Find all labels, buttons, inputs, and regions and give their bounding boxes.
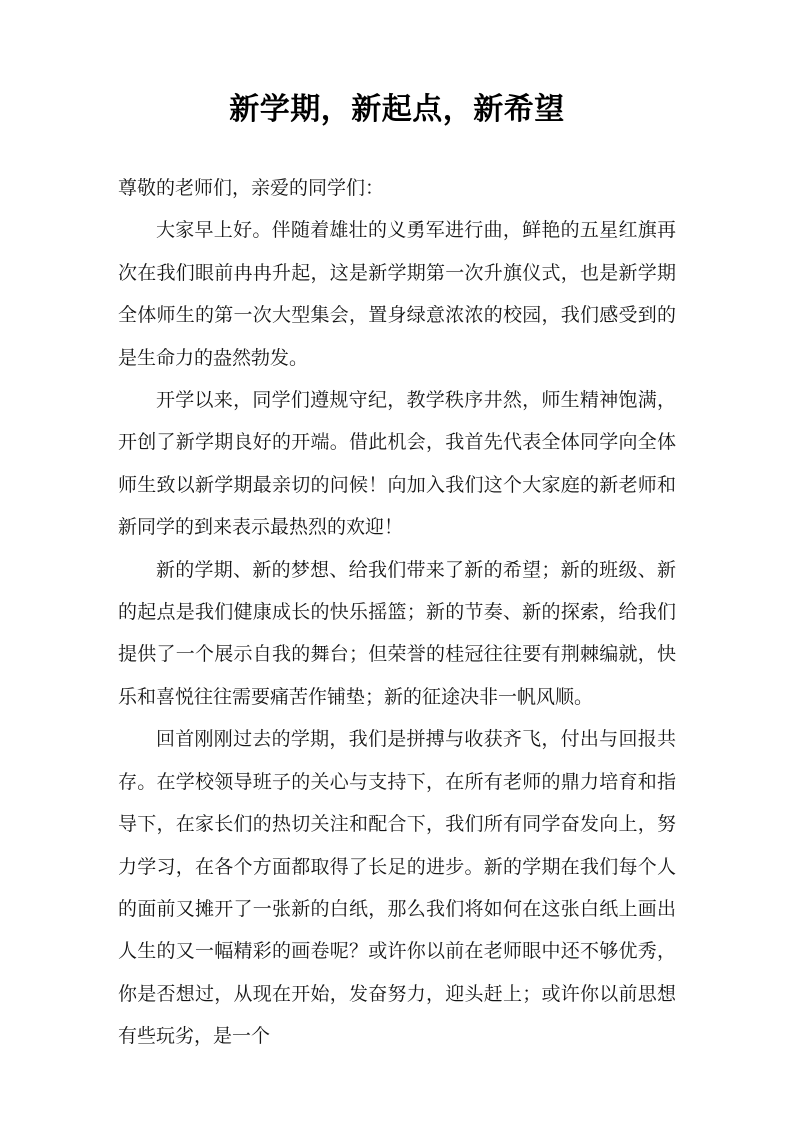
document-page: 新学期，新起点，新希望 尊敬的老师们，亲爱的同学们： 大家早上好。伴随着雄壮的义…: [0, 0, 793, 1122]
body-paragraph: 开学以来，同学们遵规守纪，教学秩序井然，师生精神饱满，开创了新学期良好的开端。借…: [118, 380, 676, 550]
document-body: 尊敬的老师们，亲爱的同学们： 大家早上好。伴随着雄壮的义勇军进行曲，鲜艳的五星红…: [118, 168, 676, 1059]
body-paragraph: 大家早上好。伴随着雄壮的义勇军进行曲，鲜艳的五星红旗再次在我们眼前冉冉升起，这是…: [118, 210, 676, 380]
document-title: 新学期，新起点，新希望: [118, 88, 676, 132]
salutation-paragraph: 尊敬的老师们，亲爱的同学们：: [118, 168, 676, 210]
body-paragraph: 回首刚刚过去的学期，我们是拼搏与收获齐飞，付出与回报共存。在学校领导班子的关心与…: [118, 719, 676, 1058]
body-paragraph: 新的学期、新的梦想、给我们带来了新的希望；新的班级、新的起点是我们健康成长的快乐…: [118, 550, 676, 720]
